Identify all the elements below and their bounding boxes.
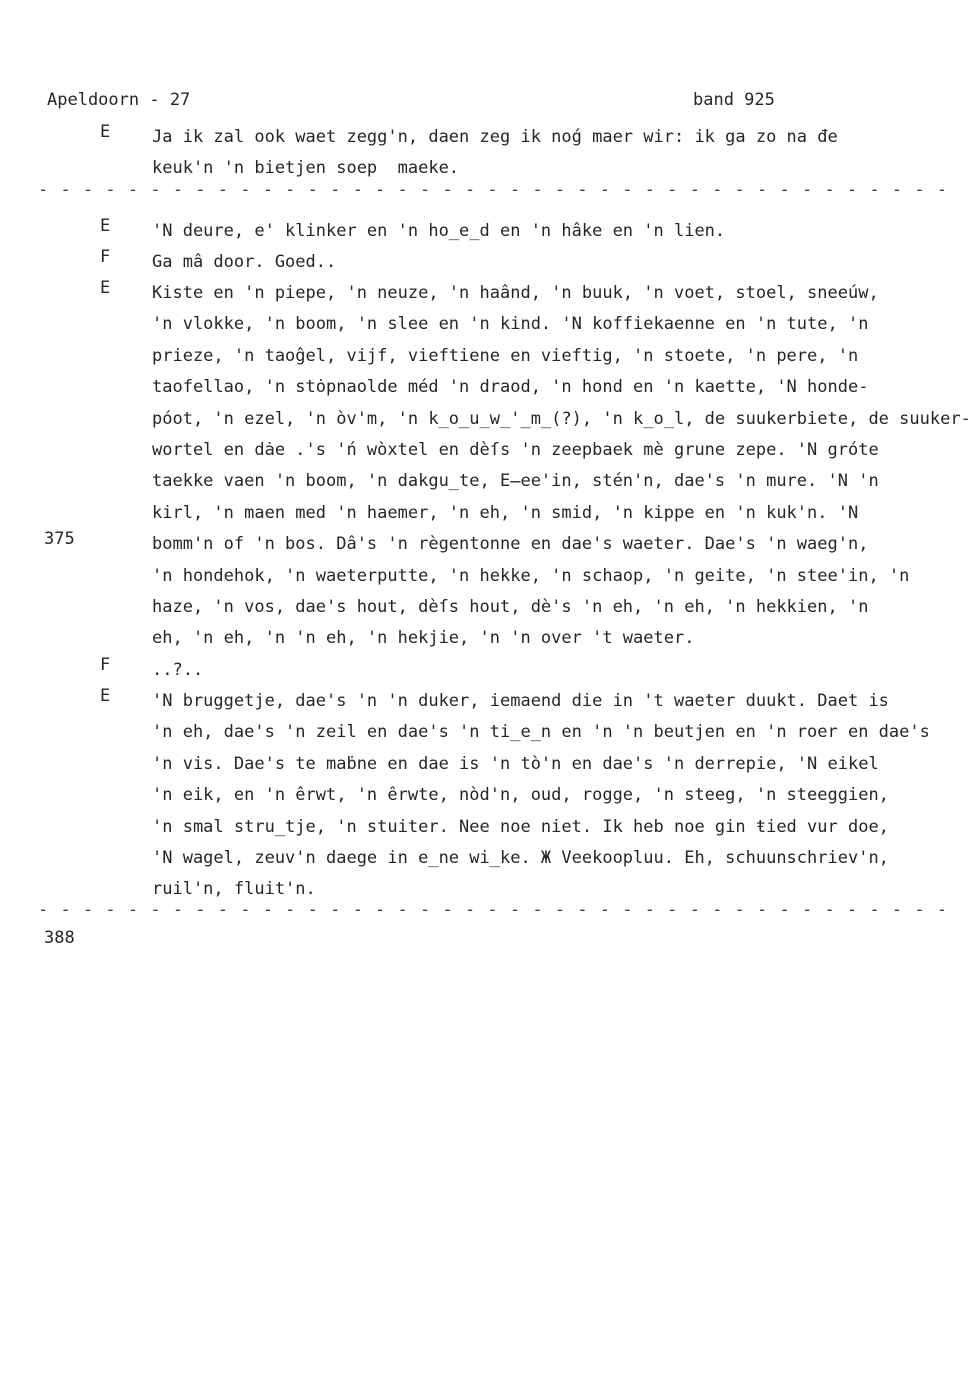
dialogue-line: 'n eh, dae's 'n zeil en dae's 'n ti̲e̲n …: [152, 717, 953, 748]
dialogue-line: 'N bruggetje, dae's 'n 'n duker, iemaend…: [152, 686, 953, 717]
dialogue-line: Kiste en 'n piepe, 'n neuze, 'n haând, '…: [152, 278, 953, 309]
band-number: band 925: [693, 90, 775, 110]
margin-line-number: 388: [44, 928, 75, 948]
dialogue-line: bomm'n of 'n bos. Dâ's 'n règentonne en …: [152, 529, 953, 560]
dialogue-line: póot, 'n ezel, 'n òv'm, 'n k̲o̲u̲w̲'̲m̲(…: [152, 404, 953, 435]
dialogue-line: prieze, 'n taoĝel, vijf, vieftiene en vi…: [152, 341, 953, 372]
dialogue-line: ..?..: [152, 655, 953, 686]
separator-dashed-line: - - - - - - - - - - - - - - - - - - - - …: [38, 900, 946, 920]
margin-line-number: 375: [44, 529, 75, 549]
dialogue-line: taekke vaen 'n boom, 'n dakgu̲te, E̶ee'i…: [152, 466, 953, 497]
dialogue-line: 'N deure, e' klinker en 'n ho̲e̲d en 'n …: [152, 216, 953, 247]
dialogue-line: haze, 'n vos, dae's hout, dèſs hout, dè'…: [152, 592, 953, 623]
dialogue-line: wortel en dȧe .'s 'ń wòxtel en dèſs 'n …: [152, 435, 953, 466]
speaker-label: E: [100, 122, 110, 142]
dialogue-line: eh, 'n eh, 'n 'n eh, 'n hekjie, 'n 'n ov…: [152, 623, 953, 654]
dialogue-line: taofellao, 'n stȯpnaolde méd 'n draod, …: [152, 372, 953, 403]
document-title: Apeldoorn - 27: [47, 90, 190, 110]
dialogue-line: kirl, 'n maen med 'n haemer, 'n eh, 'n s…: [152, 498, 953, 529]
speaker-label: E: [100, 216, 110, 236]
dialogue-line: 'N wagel, zeuv'n daege in e̲ne wi̲ke. Ж …: [152, 843, 953, 874]
dialogue-line: 'n hondehok, 'n waeterputte, 'n hekke, '…: [152, 561, 953, 592]
separator-dashed-line: - - - - - - - - - - - - - - - - - - - - …: [38, 180, 946, 200]
speaker-label: E: [100, 278, 110, 298]
dialogue-line: 'n smal stru̲tje, 'n stuiter. Nee noe ni…: [152, 812, 953, 843]
speaker-label: F: [100, 247, 110, 267]
speaker-label: F: [100, 655, 110, 675]
dialogue-line: Ja ik zal ook waet zegg'n, daen zeg ik n…: [152, 122, 953, 153]
dialogue-line: 'n vlokke, 'n boom, 'n slee en 'n kind. …: [152, 309, 953, 340]
dialogue-line: Ga mâ door. Goed..: [152, 247, 953, 278]
dialogue-line: 'n vis. Dae's te maḃne en dae is 'n tò'…: [152, 749, 953, 780]
dialogue-line: 'n eik, en 'n êrwt, 'n êrwte, nòd'n, oud…: [152, 780, 953, 811]
speaker-label: E: [100, 686, 110, 706]
scanned-document-page: Apeldoorn - 27 band 925 E Ja ik zal ook …: [0, 0, 973, 1394]
